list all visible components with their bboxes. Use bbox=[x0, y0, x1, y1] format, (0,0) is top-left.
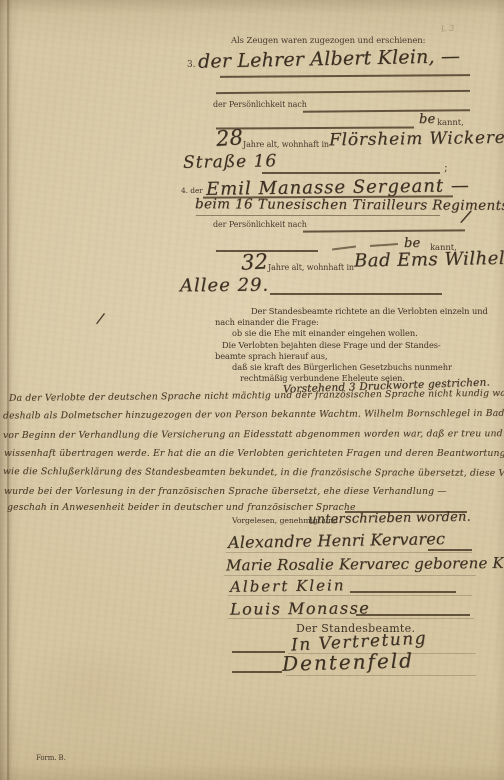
declaration-line: ob sie die Ehe mit einander eingehen wol… bbox=[232, 328, 418, 338]
handwritten-dash bbox=[356, 614, 470, 616]
witness4-age-handwritten: 32 bbox=[240, 249, 268, 274]
ruled-line bbox=[303, 229, 465, 232]
witness-intro: Als Zeugen waren zugezogen und erschiene… bbox=[231, 36, 425, 46]
witness3-identity-label: der Persönlichkeit nach bbox=[213, 100, 307, 109]
ruled-line bbox=[216, 90, 470, 94]
signature-baseline bbox=[226, 552, 472, 553]
interpreter-note-line: wie die Schlußerklärung des Standesbeamt… bbox=[3, 466, 504, 479]
signature-witness-klein: Albert Klein bbox=[230, 576, 346, 596]
witness4-number: 4. der bbox=[181, 186, 203, 195]
signature-groom: Alexandre Henri Kervarec bbox=[228, 529, 445, 552]
ruled-line bbox=[262, 172, 440, 174]
signature-bride: Marie Rosalie Kervarec geborene Klein bbox=[226, 554, 504, 575]
witness3-known-handwritten: be bbox=[419, 112, 435, 127]
signature-baseline bbox=[228, 618, 474, 619]
handwritten-dash bbox=[428, 549, 472, 551]
declaration-line: daß sie kraft des Bürgerlichen Gesetzbuc… bbox=[232, 362, 452, 372]
handwritten-dash bbox=[350, 591, 456, 593]
handwritten-dash bbox=[370, 243, 398, 246]
form-number-label: Form. B. bbox=[36, 754, 66, 762]
pencil-mark: L 3 bbox=[441, 24, 455, 34]
witness4-street-handwritten: Allee 29. bbox=[180, 275, 269, 297]
witness4-identity-label: der Persönlichkeit nach bbox=[213, 220, 307, 229]
ruled-line bbox=[232, 671, 282, 673]
declaration-line: nach einander die Frage: bbox=[215, 317, 319, 327]
interpreter-note-line: wurde bei der Vorlesung in der französis… bbox=[4, 486, 447, 497]
interpreter-note-line: deshalb als Dolmetscher hinzugezogen der… bbox=[3, 408, 504, 422]
declaration-line: beamte sprach hierauf aus, bbox=[215, 351, 327, 361]
vorgelesen-handwritten: unterschrieben worden. bbox=[308, 510, 471, 528]
witness3-age-handwritten: 28 bbox=[215, 125, 244, 151]
witness4-unit-handwritten: beim 16 Tunesischen Tirailleurs Regiment… bbox=[195, 196, 504, 214]
interpreter-note-line: geschah in Anwesenheit beider in deutsch… bbox=[7, 502, 356, 513]
declaration-line: Die Verlobten bejahten diese Frage und d… bbox=[222, 340, 441, 350]
signature-baseline bbox=[286, 675, 476, 676]
witness3-number: 3. bbox=[187, 60, 195, 70]
signature-baseline bbox=[228, 595, 472, 596]
ruled-line bbox=[196, 215, 440, 216]
witness3-residence-handwritten: Flörsheim Wickerer, bbox=[329, 128, 504, 151]
handwritten-dash bbox=[332, 246, 356, 250]
witness3-age-label: Jahre alt, wohnhaft in bbox=[243, 140, 329, 149]
signature-baseline bbox=[224, 575, 476, 576]
witness4-residence-handwritten: Bad Ems Wilhelms bbox=[354, 247, 504, 271]
witness3-known-print: kannt, bbox=[437, 118, 464, 128]
witness4-age-label: Jahre alt, wohnhaft in bbox=[268, 263, 354, 272]
witness3-street-handwritten: Straße 16 bbox=[183, 151, 278, 173]
ruled-line bbox=[220, 74, 470, 77]
witness3-semicolon: ; bbox=[444, 161, 448, 174]
signature-witness-monasse: Louis Monasse bbox=[230, 598, 370, 618]
ruled-line bbox=[232, 651, 285, 653]
interpreter-note-line: vor Beginn der Verhandlung die Versicher… bbox=[3, 428, 504, 441]
ruled-line bbox=[270, 293, 442, 295]
witness3-name-handwritten: der Lehrer Albert Klein, — bbox=[198, 45, 461, 72]
declaration-line: Der Standesbeamte richtete an die Verlob… bbox=[251, 306, 488, 316]
interpreter-note-line: Da der Verlobte der deutschen Sprache ni… bbox=[9, 387, 504, 404]
marriage-register-page: L 3 Als Zeugen waren zugezogen und ersch… bbox=[0, 0, 504, 780]
page-fold-crease bbox=[7, 0, 9, 780]
stray-ink-mark: / bbox=[97, 311, 105, 328]
signature-registrar: Dentenfeld bbox=[282, 648, 415, 675]
interpreter-note-line: wissenhaft übertragen werde. Er hat die … bbox=[4, 448, 504, 459]
ruled-line bbox=[303, 109, 470, 112]
